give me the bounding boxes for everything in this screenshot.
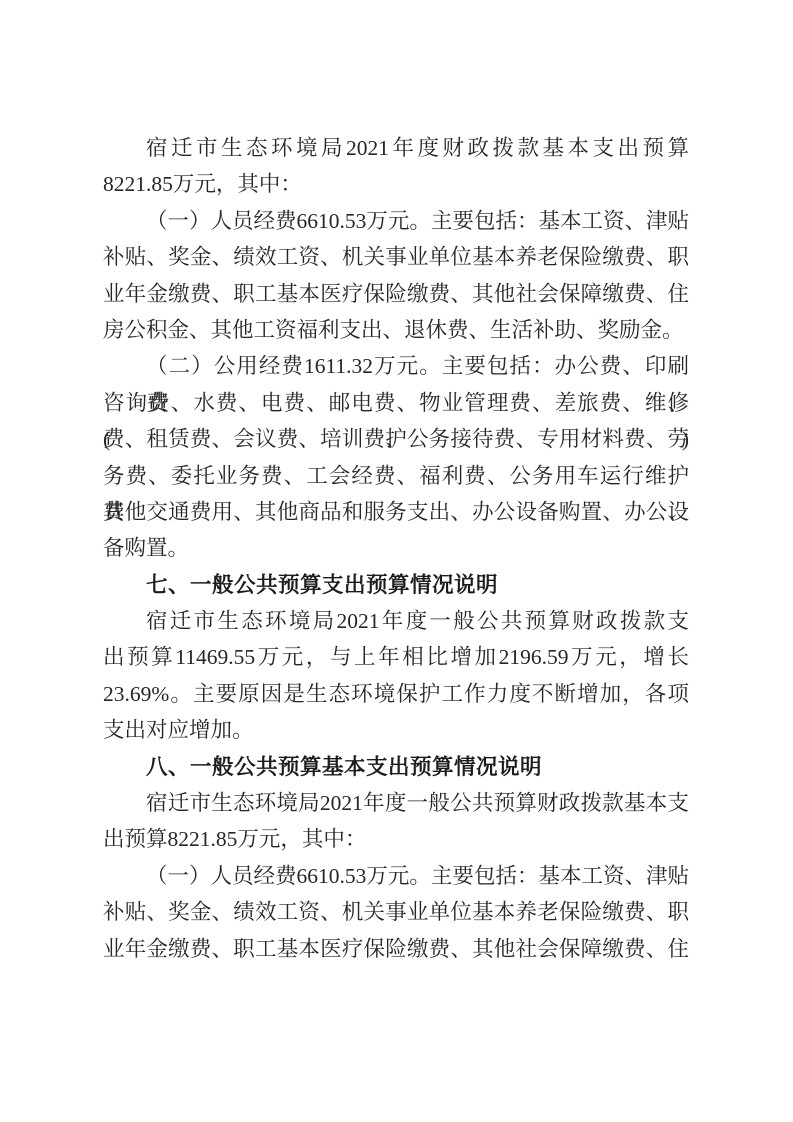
doc-line: （二）公用经费1611.32万元。主要包括：办公费、印刷费、 <box>103 348 689 384</box>
doc-line: 出预算11469.55万元，与上年相比增加2196.59万元，增长 <box>103 639 689 675</box>
doc-line: 房公积金、其他工资福利支出、退休费、生活补助、奖励金。 <box>103 312 689 348</box>
doc-line: 其他交通费用、其他商品和服务支出、办公设备购置、办公设 <box>103 494 689 530</box>
doc-line: （一）人员经费6610.53万元。主要包括：基本工资、津贴 <box>103 858 689 894</box>
doc-line: 费、租赁费、会议费、培训费、公务接待费、专用材料费、劳 <box>103 421 689 457</box>
document-page: 宿迁市生态环境局2021年度财政拨款基本支出预算 8221.85万元，其中： （… <box>0 0 793 1122</box>
section-8-heading: 八、一般公共预算基本支出预算情况说明 <box>103 749 689 785</box>
doc-line: 咨询费、水费、电费、邮电费、物业管理费、差旅费、维修(护) <box>103 385 689 421</box>
doc-line: 支出对应增加。 <box>103 712 689 748</box>
doc-line: 宿迁市生态环境局2021年度一般公共预算财政拨款基本支 <box>103 785 689 821</box>
doc-line: 补贴、奖金、绩效工资、机关事业单位基本养老保险缴费、职 <box>103 894 689 930</box>
doc-line: 业年金缴费、职工基本医疗保险缴费、其他社会保障缴费、住 <box>103 276 689 312</box>
doc-line: 宿迁市生态环境局2021年度一般公共预算财政拨款支 <box>103 603 689 639</box>
section-7-heading: 七、一般公共预算支出预算情况说明 <box>103 567 689 603</box>
doc-line: 宿迁市生态环境局2021年度财政拨款基本支出预算 <box>103 130 689 166</box>
doc-line: 补贴、奖金、绩效工资、机关事业单位基本养老保险缴费、职 <box>103 239 689 275</box>
doc-line: 备购置。 <box>103 530 689 566</box>
doc-line: （一）人员经费6610.53万元。主要包括：基本工资、津贴 <box>103 203 689 239</box>
doc-line: 业年金缴费、职工基本医疗保险缴费、其他社会保障缴费、住 <box>103 931 689 967</box>
doc-line: 8221.85万元，其中： <box>103 166 689 202</box>
doc-line: 23.69%。主要原因是生态环境保护工作力度不断增加，各项 <box>103 676 689 712</box>
doc-line: 务费、委托业务费、工会经费、福利费、公务用车运行维护费、 <box>103 458 689 494</box>
doc-line: 出预算8221.85万元，其中： <box>103 821 689 857</box>
document-text-block: 宿迁市生态环境局2021年度财政拨款基本支出预算 8221.85万元，其中： （… <box>103 130 689 967</box>
